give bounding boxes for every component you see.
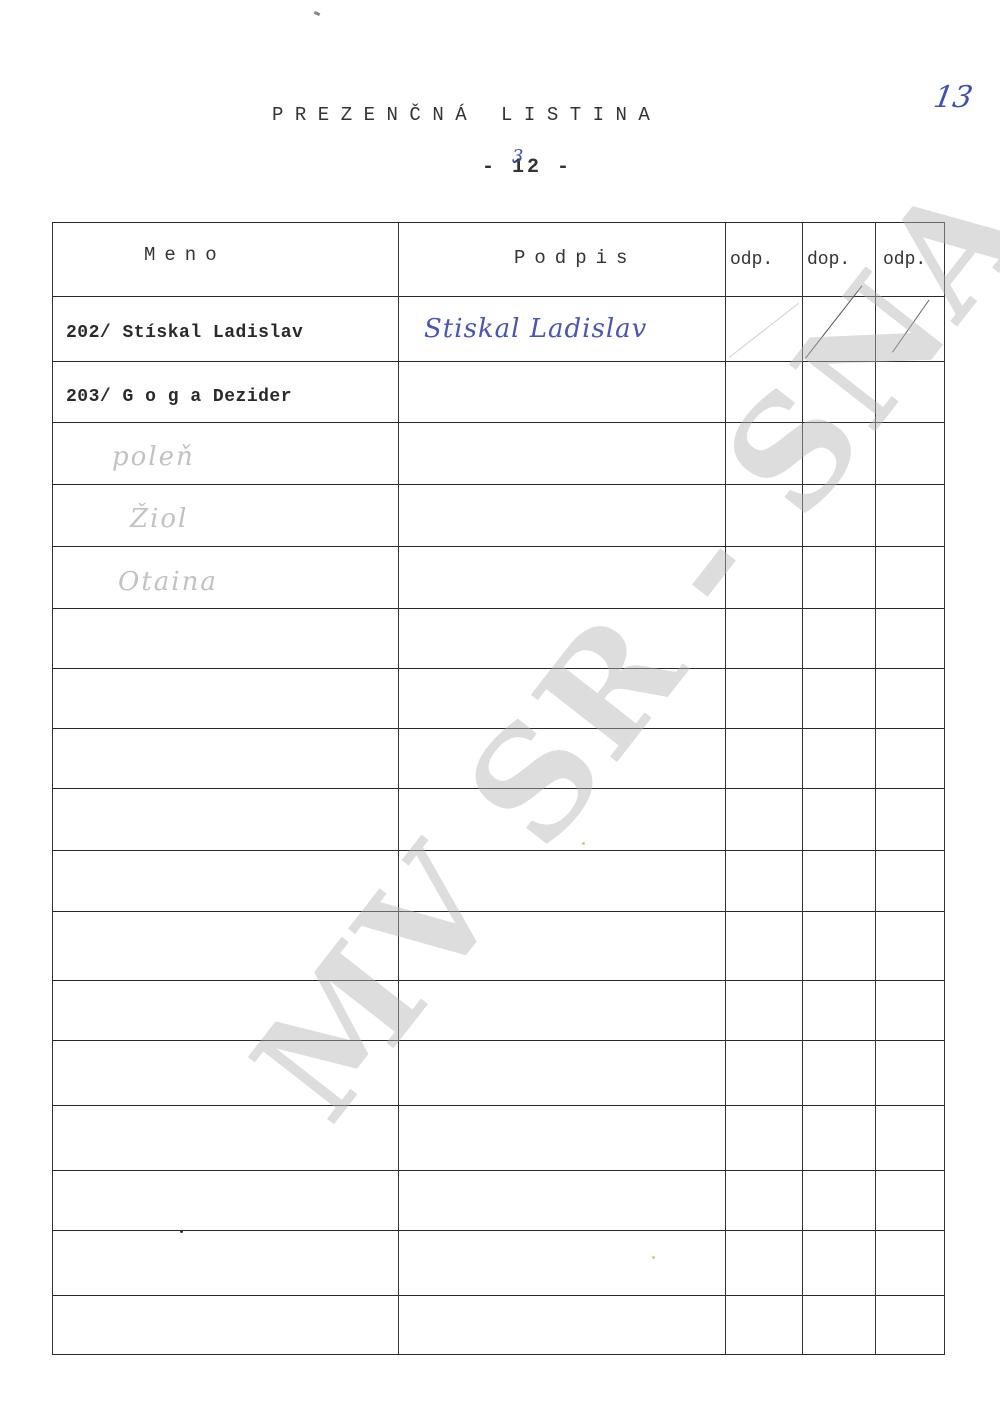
row-divider (52, 850, 945, 851)
paper-speck (652, 1256, 655, 1259)
table-border-right (944, 222, 945, 1355)
row-divider (52, 1040, 945, 1041)
row-divider (52, 608, 945, 609)
table-border-left (52, 222, 53, 1355)
column-divider (398, 222, 399, 1355)
table-border-top (52, 222, 945, 223)
document-title: PREZENČNÁ LISTINA (272, 104, 661, 126)
row-divider (52, 728, 945, 729)
table-border-bottom (52, 1354, 945, 1355)
column-divider (875, 222, 876, 1355)
row-divider (52, 668, 945, 669)
page-number: - 12 - 3 (482, 156, 572, 179)
row-divider (52, 1105, 945, 1106)
column-divider (802, 222, 803, 1355)
header-signature: Podpis (514, 247, 636, 269)
page-number-correction: 3 (512, 146, 526, 167)
paper-speck (180, 1230, 183, 1233)
row-name-pencil: Žiol (130, 504, 188, 534)
row-signature: Stiskal Ladislav (424, 314, 647, 344)
row-divider (52, 911, 945, 912)
header-col2: dop. (807, 250, 850, 270)
header-divider (52, 296, 945, 297)
row-divider (52, 980, 945, 981)
row-divider (52, 1170, 945, 1171)
column-divider (725, 222, 726, 1355)
row-divider (52, 546, 945, 547)
row-divider (52, 788, 945, 789)
page-number-typed: - 12 - (482, 156, 572, 179)
row-divider (52, 1230, 945, 1231)
row-name-pencil: poleň (112, 442, 195, 472)
row-divider (52, 1295, 945, 1296)
scan-artifact (314, 11, 321, 16)
header-col1: odp. (730, 250, 773, 270)
row-name-pencil: Otaina (118, 567, 218, 597)
row-divider (52, 361, 945, 362)
row-divider (52, 422, 945, 423)
attendance-table: Meno Podpis odp. dop. odp. 202/ Stískal … (52, 222, 945, 1355)
row-name: 203/ G o g a Dezider (66, 387, 292, 407)
check-slash-col3 (892, 300, 930, 353)
header-name: Meno (144, 244, 226, 266)
row-name: 202/ Stískal Ladislav (66, 323, 303, 343)
paper-speck (582, 842, 585, 845)
check-slash-col1 (729, 303, 799, 358)
row-divider (52, 484, 945, 485)
folio-number: 13 (931, 80, 975, 115)
header-col3: odp. (883, 250, 926, 270)
